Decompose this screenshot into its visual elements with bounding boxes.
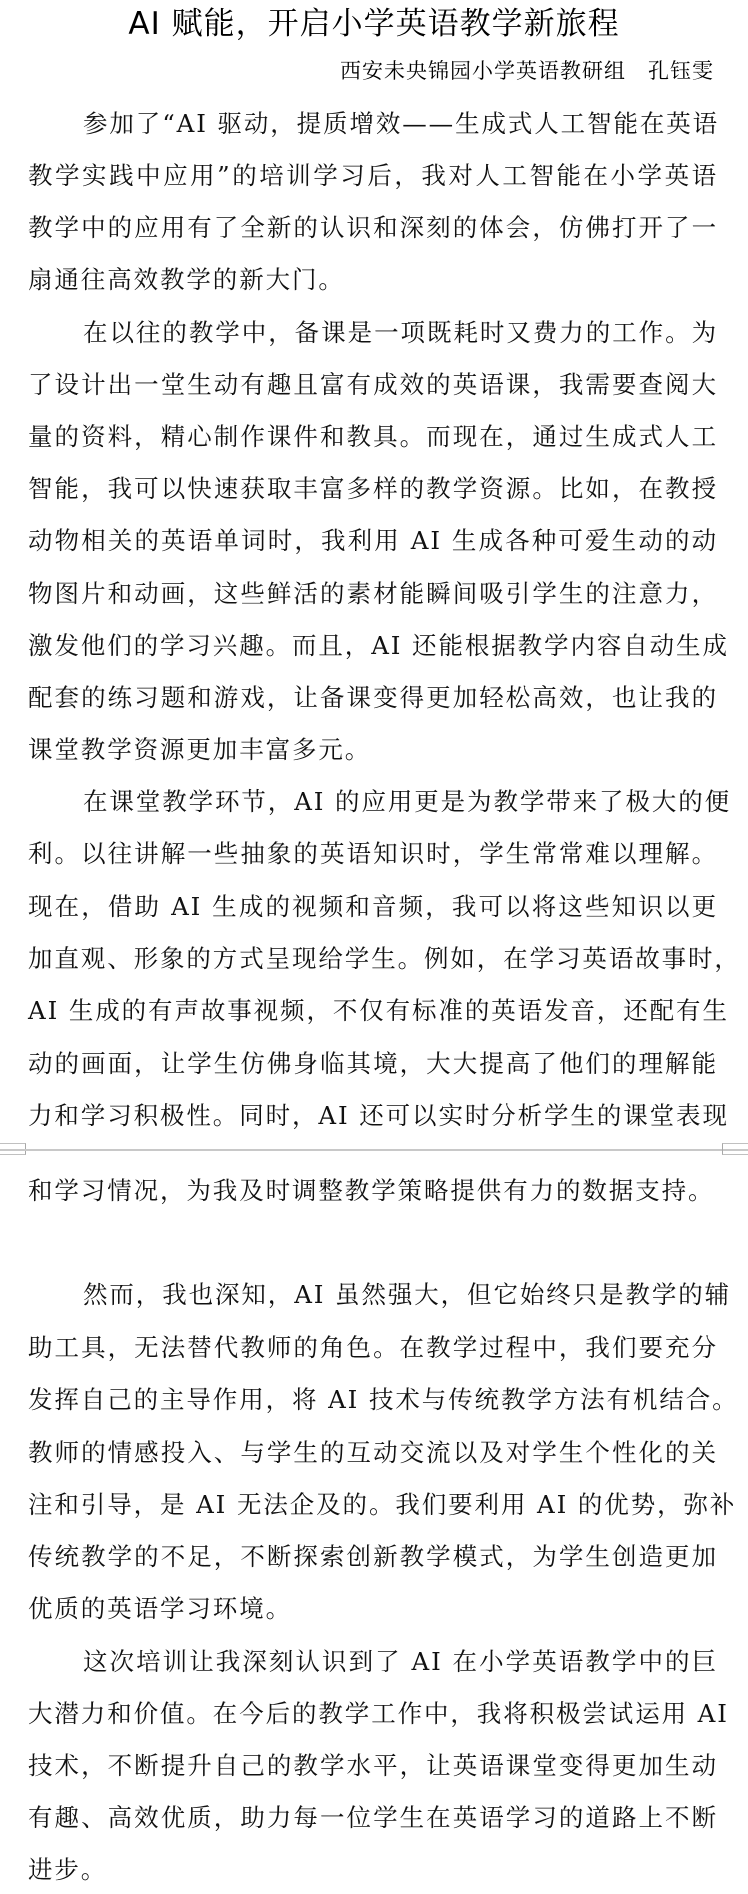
text-line: AI 生成的有声故事视频，不仅有标准的英语发音，还配有生: [28, 991, 718, 1031]
text-line: 物图片和动画，这些鲜活的素材能瞬间吸引学生的注意力，: [28, 574, 718, 614]
text-line: 智能，我可以快速获取丰富多样的教学资源。比如，在教授: [28, 469, 718, 509]
text-line: 有趣、高效优质，助力每一位学生在英语学习的道路上不断: [28, 1798, 718, 1838]
text-line: 利。以往讲解一些抽象的英语知识时，学生常常难以理解。: [28, 834, 718, 874]
page-break-separator: [0, 1147, 748, 1163]
text-line: 大潜力和价值。在今后的教学工作中，我将积极尝试运用 AI: [28, 1694, 718, 1734]
byline-author: 孔钰雯: [648, 59, 714, 83]
text-line: 参加了“AI 驱动，提质增效——生成式人工智能在英语: [83, 104, 718, 144]
text-line: 教学实践中应用”的培训学习后，我对人工智能在小学英语: [28, 156, 718, 196]
document-title: AI 赋能，开启小学英语教学新旅程: [0, 2, 748, 46]
text-line: 进步。: [28, 1850, 718, 1890]
text-line: 这次培训让我深刻认识到了 AI 在小学英语教学中的巨: [83, 1642, 718, 1682]
text-line: 教学中的应用有了全新的认识和深刻的体会，仿佛打开了一: [28, 208, 718, 248]
text-line: 和学习情况，为我及时调整教学策略提供有力的数据支持。: [28, 1171, 718, 1211]
text-line: 现在，借助 AI 生成的视频和音频，我可以将这些知识以更: [28, 887, 718, 927]
text-line: 然而，我也深知，AI 虽然强大，但它始终只是教学的辅: [83, 1275, 718, 1315]
text-line: 发挥自己的主导作用，将 AI 技术与传统教学方法有机结合。: [28, 1380, 718, 1420]
text-line: 课堂教学资源更加丰富多元。: [28, 730, 718, 770]
text-line: 力和学习积极性。同时，AI 还可以实时分析学生的课堂表现: [28, 1096, 718, 1136]
byline: 西安未央锦园小学英语教研组孔钰雯: [340, 54, 714, 88]
text-line: 动的画面，让学生仿佛身临其境，大大提高了他们的理解能: [28, 1044, 718, 1084]
text-line: 动物相关的英语单词时，我利用 AI 生成各种可爱生动的动: [28, 521, 718, 561]
text-line: 在以往的教学中，备课是一项既耗时又费力的工作。为: [83, 313, 718, 353]
text-line: 优质的英语学习环境。: [28, 1589, 718, 1629]
byline-organization: 西安未央锦园小学英语教研组: [340, 59, 626, 83]
text-line: 在课堂教学环节，AI 的应用更是为教学带来了极大的便: [83, 782, 718, 822]
text-line: 技术，不断提升自己的教学水平，让英语课堂变得更加生动: [28, 1746, 718, 1786]
page-break-marker-right: [722, 1143, 748, 1155]
text-line: 助工具，无法替代教师的角色。在教学过程中，我们要充分: [28, 1328, 718, 1368]
text-line: 量的资料，精心制作课件和教具。而现在，通过生成式人工: [28, 417, 718, 457]
text-line: 激发他们的学习兴趣。而且，AI 还能根据教学内容自动生成: [28, 626, 718, 666]
text-line: 传统教学的不足，不断探索创新教学模式，为学生创造更加: [28, 1537, 718, 1577]
text-line: 了设计出一堂生动有趣且富有成效的英语课，我需要查阅大: [28, 365, 718, 405]
text-line: 加直观、形象的方式呈现给学生。例如，在学习英语故事时，: [28, 939, 718, 979]
page-break-rule: [0, 1149, 748, 1151]
text-line: 扇通往高效教学的新大门。: [28, 260, 718, 300]
text-line: 教师的情感投入、与学生的互动交流以及对学生个性化的关: [28, 1433, 718, 1473]
text-line: 配套的练习题和游戏，让备课变得更加轻松高效，也让我的: [28, 678, 718, 718]
text-line: 注和引导，是 AI 无法企及的。我们要利用 AI 的优势，弥补: [28, 1485, 718, 1525]
